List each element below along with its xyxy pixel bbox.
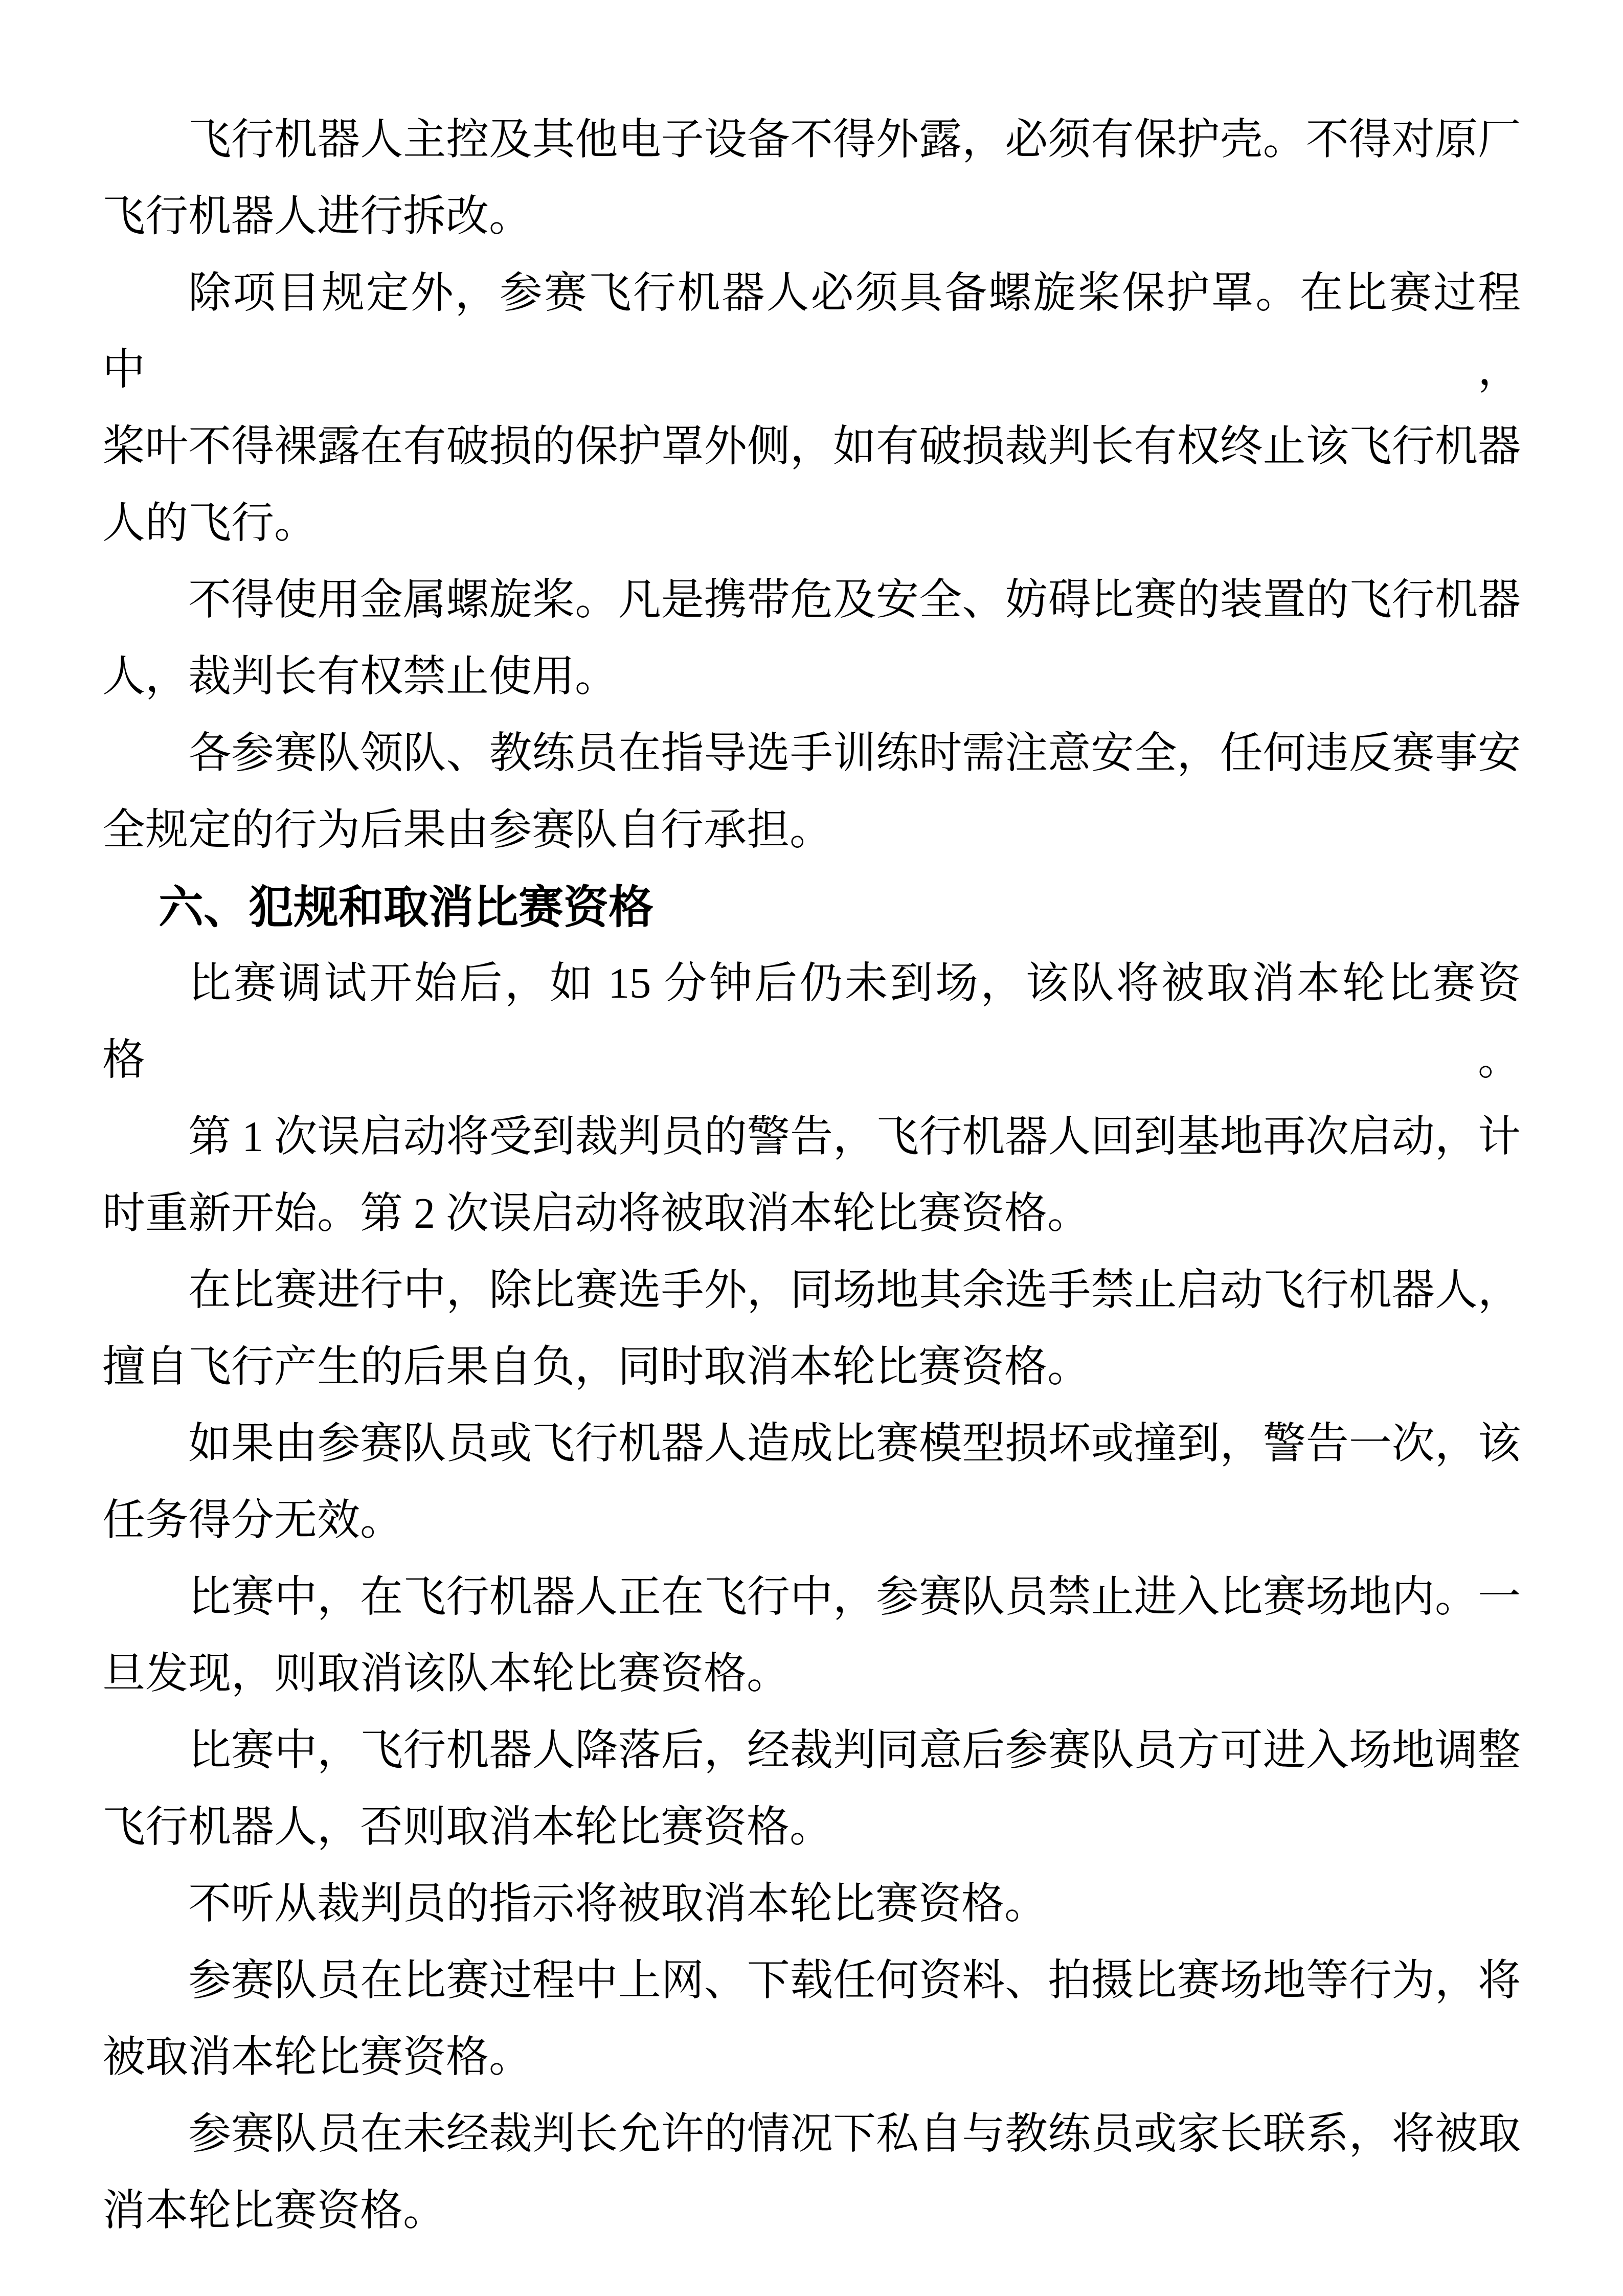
text-line: 人的飞行。 [102, 485, 1521, 562]
text-line: 不听从裁判员的指示将被取消本轮比赛资格。 [102, 1866, 1521, 1943]
text-line: 如果由参赛队员或飞行机器人造成比赛模型损坏或撞到，警告一次，该 [102, 1406, 1521, 1482]
text-line: 飞行机器人，否则取消本轮比赛资格。 [102, 1789, 1521, 1866]
text-line: 飞行机器人进行拆改。 [102, 178, 1521, 255]
text-line: 桨叶不得裸露在有破损的保护罩外侧，如有破损裁判长有权终止该飞行机器 [102, 409, 1521, 485]
text-line: 全规定的行为后果由参赛队自行承担。 [102, 792, 1521, 869]
text-line: 各参赛队领队、教练员在指导选手训练时需注意安全，任何违反赛事安 [102, 715, 1521, 792]
section-heading-6: 六、犯规和取消比赛资格 [102, 869, 1521, 946]
text-line: 在比赛进行中，除比赛选手外，同场地其余选手禁止启动飞行机器人， [102, 1252, 1521, 1329]
document-screenshot: { "page": { "background_color": "#ffffff… [0, 0, 1623, 2296]
text-line: 任务得分无效。 [102, 1482, 1521, 1559]
text-line: 比赛中，飞行机器人降落后，经裁判同意后参赛队员方可进入场地调整 [102, 1713, 1521, 1789]
text-line: 擅自飞行产生的后果自负，同时取消本轮比赛资格。 [102, 1329, 1521, 1406]
text-line: 人，裁判长有权禁止使用。 [102, 639, 1521, 715]
text-line: 参赛队员在比赛过程中上网、下载任何资料、拍摄比赛场地等行为，将 [102, 1943, 1521, 2019]
document-page: 飞行机器人主控及其他电子设备不得外露，必须有保护壳。不得对原厂 飞行机器人进行拆… [0, 0, 1623, 2296]
text-line: 比赛中，在飞行机器人正在飞行中，参赛队员禁止进入比赛场地内。一 [102, 1559, 1521, 1636]
text-line: 消本轮比赛资格。 [102, 2173, 1521, 2249]
text-line: 除项目规定外，参赛飞行机器人必须具备螺旋桨保护罩。在比赛过程中， [102, 255, 1521, 409]
text-line: 不得使用金属螺旋桨。凡是携带危及安全、妨碍比赛的装置的飞行机器 [102, 562, 1521, 639]
text-line: 被取消本轮比赛资格。 [102, 2019, 1521, 2096]
text-line: 参赛队员在未经裁判长允许的情况下私自与教练员或家长联系，将被取 [102, 2096, 1521, 2173]
text-line: 旦发现，则取消该队本轮比赛资格。 [102, 1636, 1521, 1713]
text-line: 飞行机器人主控及其他电子设备不得外露，必须有保护壳。不得对原厂 [102, 102, 1521, 178]
text-line: 时重新开始。第 2 次误启动将被取消本轮比赛资格。 [102, 1176, 1521, 1252]
text-line: 第 1 次误启动将受到裁判员的警告，飞行机器人回到基地再次启动，计 [102, 1099, 1521, 1176]
text-line: 比赛调试开始后，如 15 分钟后仍未到场，该队将被取消本轮比赛资格。 [102, 946, 1521, 1099]
